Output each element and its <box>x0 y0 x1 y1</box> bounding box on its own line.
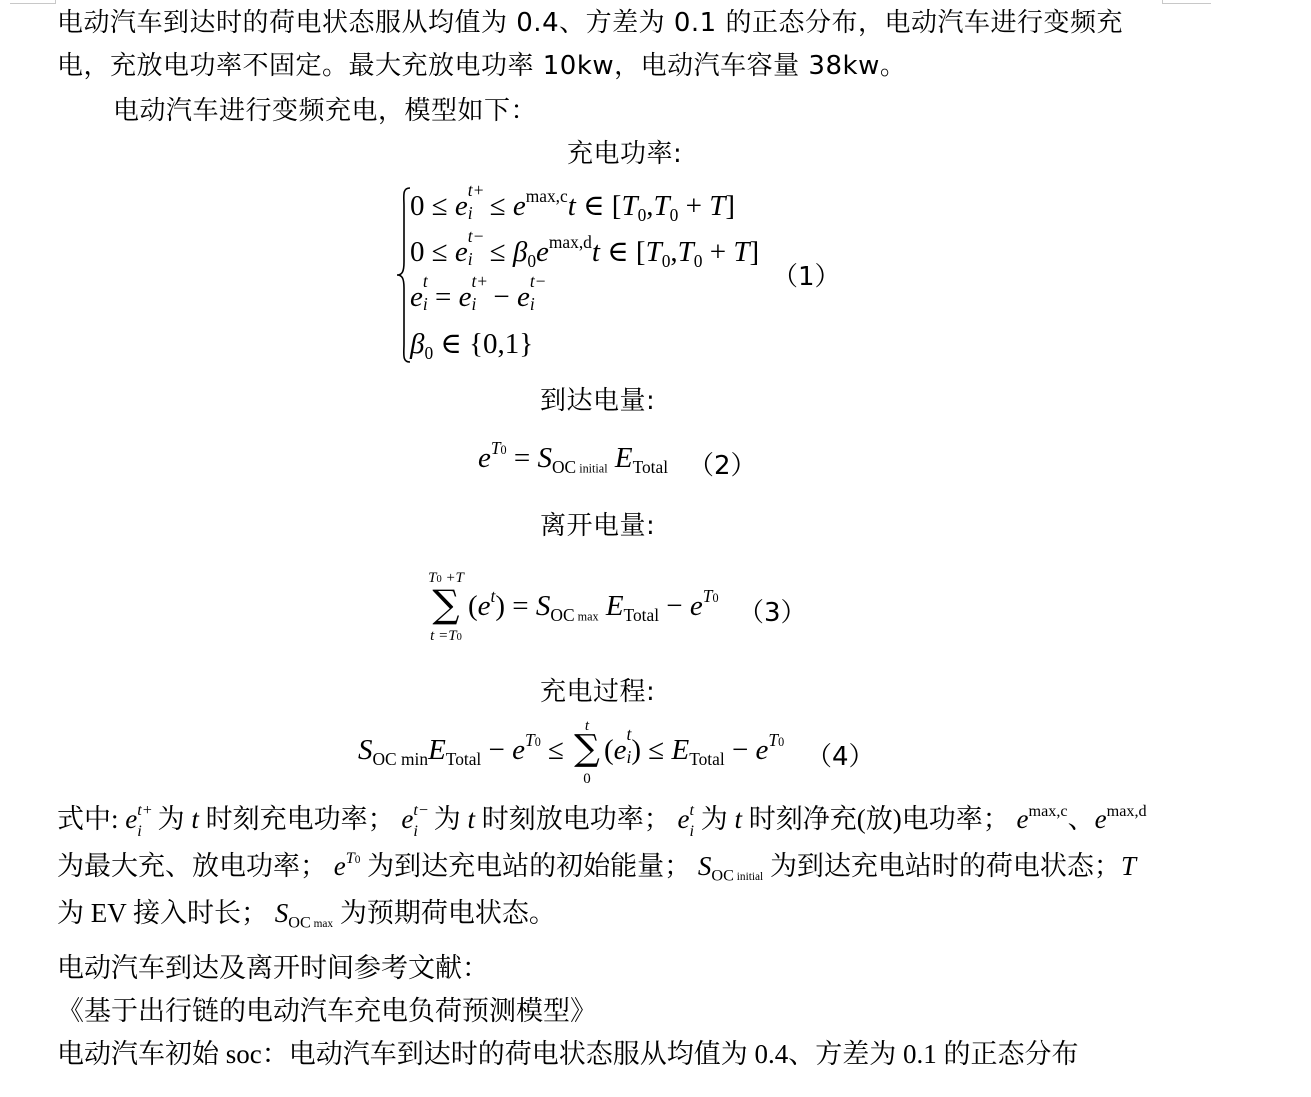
initial-soc-note: 电动汽车初始 soc：电动汽车到达时的荷电状态服从均值为 0.4、方差为 0.1… <box>57 1037 1079 1071</box>
eq3-sum-lower-limit: t =T0 <box>424 628 468 645</box>
eq1-row-2: 0 ≤ et−it− ≤ β0emax,dt ∈ [T0,T0 + T] <box>410 234 759 269</box>
eq1-row-4: β0 ∈ {0,1} <box>410 326 533 361</box>
equation-number-1: （1） <box>772 256 841 293</box>
eq4-right: (etit) ≤ ETotal − eT0 <box>604 734 784 767</box>
equation-number-4: （4） <box>806 736 875 773</box>
equation-2: eT0 = SOC initial ETotal <box>478 442 668 475</box>
eq1-row-1: 0 ≤ et+it+ ≤ emax,ct ∈ [T0,T0 + T] <box>410 188 735 223</box>
page-corner-mark-right <box>1162 0 1211 4</box>
page-corner-mark-left <box>10 0 56 4</box>
section-title-arrival-energy: 到达电量: <box>540 384 655 418</box>
summation-icon: ∑ <box>568 728 606 770</box>
intro-line-2: 电，充放电功率不固定。最大充放电功率 10kw，电动汽车容量 38kw。 <box>57 49 906 83</box>
intro-line-3: 电动汽车进行变频充电，模型如下： <box>113 94 537 128</box>
explanation-line-2: 为最大充、放电功率； eT0 为到达充电站的初始能量； SOC initial … <box>57 849 1136 883</box>
eq4-left: SOC minETotal − eT0 ≤ <box>358 734 564 767</box>
section-title-departure-energy: 离开电量: <box>540 509 655 543</box>
intro-line-1: 电动汽车到达时的荷电状态服从均值为 0.4、方差为 0.1 的正态分布，电动汽车… <box>57 6 1123 40</box>
explanation-line-1: 式中: et+it+ 为 t 时刻充电功率； et−it− 为 t 时刻放电功率… <box>57 802 1147 840</box>
section-title-charge-power: 充电功率: <box>567 137 682 171</box>
explanation-line-3: 为 EV 接入时长； SOC max 为预期荷电状态。 <box>57 896 556 930</box>
eq1-row-3: etit = et+it+ − et−it− <box>410 281 544 314</box>
eq4-sum-lower-limit: 0 <box>575 771 599 788</box>
eq3-body: (et) = SOC max ETotal − eT0 <box>468 590 719 623</box>
equation-number-3: （3） <box>738 592 807 629</box>
section-title-charging-process: 充电过程: <box>540 675 655 709</box>
references-heading: 电动汽车到达及离开时间参考文献： <box>57 951 489 985</box>
summation-icon: ∑ <box>424 582 468 626</box>
equation-number-2: （2） <box>688 445 757 482</box>
reference-title: 《基于出行链的电动汽车充电负荷预测模型》 <box>57 994 597 1028</box>
